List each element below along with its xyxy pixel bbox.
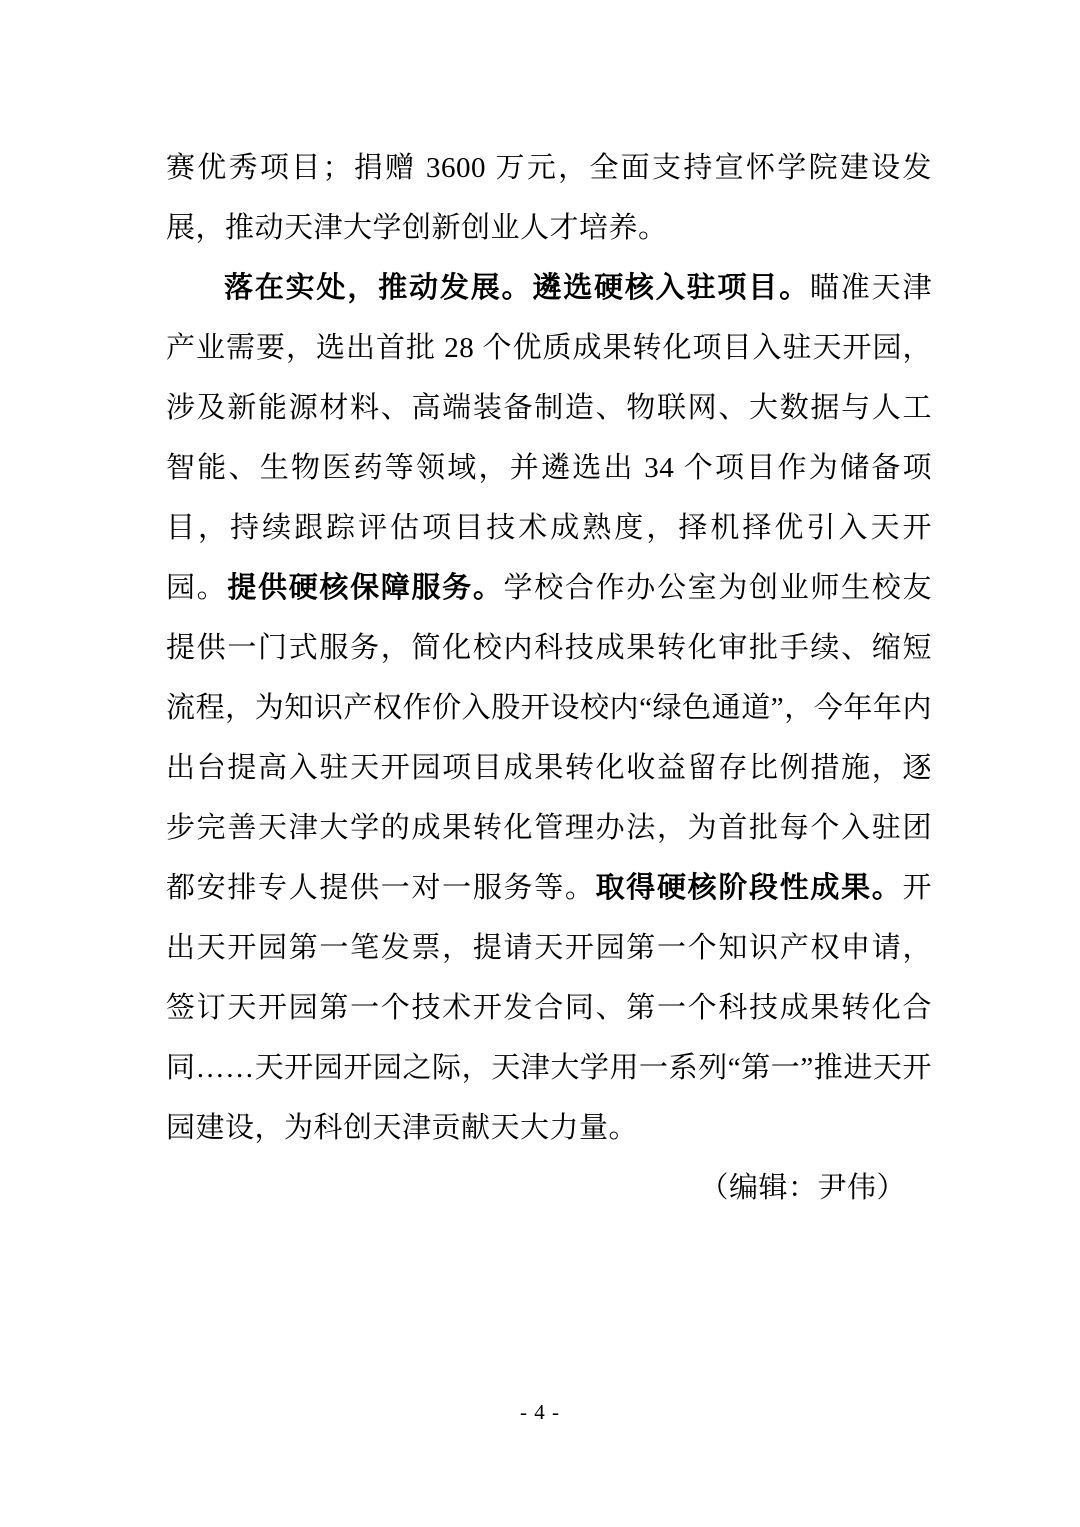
text-run: 赛优秀项目；捐赠 3600 万元，全面支持宣怀学院建设发展，推动天津大学创新创业… [166,152,932,244]
document-page: 赛优秀项目；捐赠 3600 万元，全面支持宣怀学院建设发展，推动天津大学创新创业… [0,0,1080,1527]
text-run: 开出天开园第一笔发票，提请天开园第一个知识产权申请，签订天开园第一个技术开发合同… [166,872,932,1144]
bold-run-heading-1: 落在实处，推动发展。遴选硬核入驻项目。 [224,272,810,304]
bold-run-heading-3: 取得硬核阶段性成果。 [596,872,903,904]
editor-credit: （编辑：尹伟） [166,1158,932,1218]
document-body: 赛优秀项目；捐赠 3600 万元，全面支持宣怀学院建设发展，推动天津大学创新创业… [166,138,932,1218]
text-run: 瞄准天津产业需要，选出首批 28 个优质成果转化项目入驻天开园，涉及新能源材料、… [166,272,932,604]
text-run: 学校合作办公室为创业师生校友提供一门式服务，简化校内科技成果转化审批手续、缩短流… [166,572,932,904]
bold-run-heading-2: 提供硬核保障服务。 [227,572,503,604]
paragraph-continuation: 赛优秀项目；捐赠 3600 万元，全面支持宣怀学院建设发展，推动天津大学创新创业… [166,138,932,258]
paragraph-main: 落在实处，推动发展。遴选硬核入驻项目。瞄准天津产业需要，选出首批 28 个优质成… [166,258,932,1158]
page-number: - 4 - [0,1400,1080,1425]
